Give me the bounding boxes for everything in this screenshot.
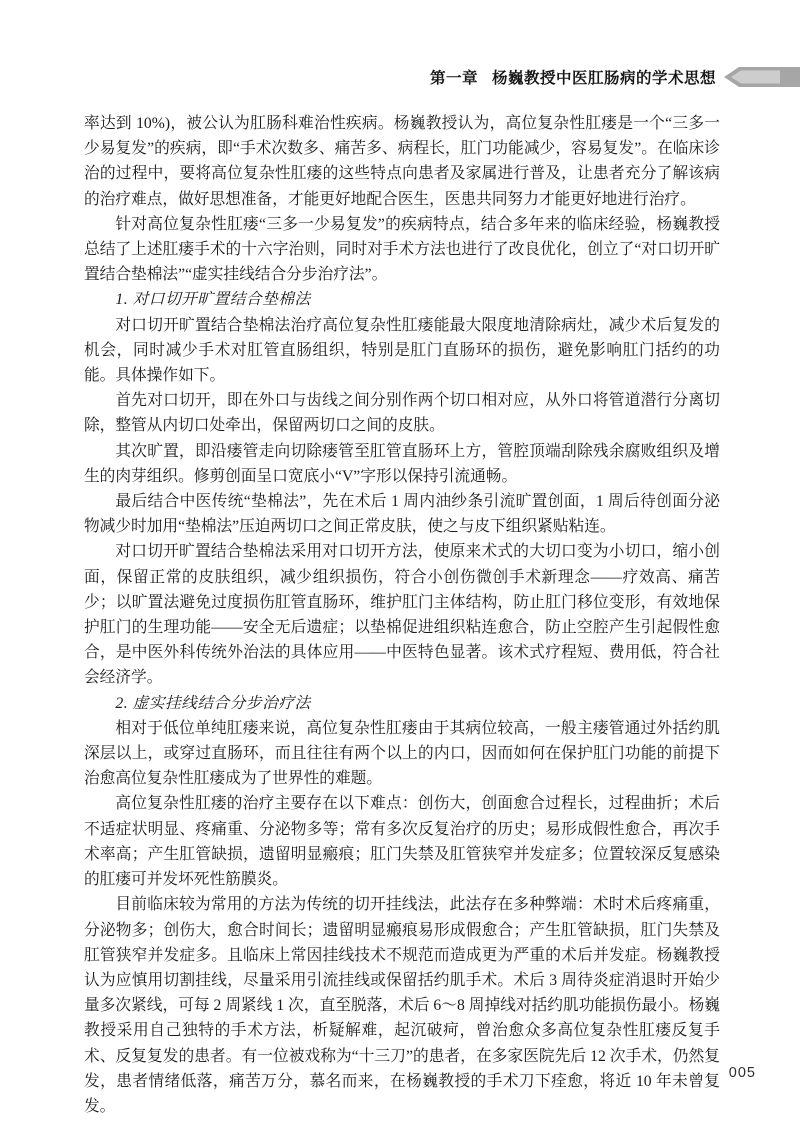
section-heading-1: 1. 对口切开旷置结合垫棉法 — [84, 287, 720, 312]
page-footer: 005 — [729, 1065, 756, 1081]
paragraph: 针对高位复杂性肛瘘“三多一少易复发”的疾病特点，结合多年来的临床经验，杨巍教授总… — [84, 212, 720, 288]
paragraph: 对口切开旷置结合垫棉法治疗高位复杂性肛瘘能最大限度地清除病灶，减少术后复发的机会… — [84, 313, 720, 389]
chapter-label: 第一章 — [430, 70, 478, 87]
chapter-title: 杨巍教授中医肛肠病的学术思想 — [492, 70, 716, 87]
page-number: 005 — [729, 1065, 756, 1081]
page-body: 率达到 10%)，被公认为肛肠科难治性疾病。杨巍教授认为，高位复杂性肛瘘是一个“… — [84, 111, 720, 1119]
book-page: 第一章杨巍教授中医肛肠病的学术思想 率达到 10%)，被公认为肛肠科难治性疾病。… — [0, 0, 800, 1146]
paragraph: 对口切开旷置结合垫棉法采用对口切开方法，使原来术式的大切口变为小切口，缩小创面，… — [84, 539, 720, 690]
paragraph: 其次旷置，即沿瘘管走向切除瘘管至肛管直肠环上方，管腔顶端刮除残余腐败组织及增生的… — [84, 439, 720, 489]
page-header: 第一章杨巍教授中医肛肠病的学术思想 — [0, 64, 800, 90]
chapter-heading: 第一章杨巍教授中医肛肠病的学术思想 — [430, 66, 716, 88]
paragraph: 首先对口切开，即在外口与齿线之间分别作两个切口相对应，从外口将管道潜行分离切除，… — [84, 388, 720, 438]
paragraph: 最后结合中医传统“垫棉法”，先在术后 1 周内油纱条引流旷置创面，1 周后待创面… — [84, 489, 720, 539]
paragraph: 目前临床较为常用的方法为传统的切开挂线法，此法存在多种弊端：术时术后疼痛重，分泌… — [84, 892, 720, 1119]
section-heading-2: 2. 虚实挂线结合分步治疗法 — [84, 691, 720, 716]
paragraph-continuation: 率达到 10%)，被公认为肛肠科难治性疾病。杨巍教授认为，高位复杂性肛瘘是一个“… — [84, 111, 720, 212]
paragraph: 高位复杂性肛瘘的治疗主要存在以下难点：创伤大，创面愈合过程长，过程曲折；术后不适… — [84, 791, 720, 892]
chapter-tab-arrow-icon — [724, 66, 800, 88]
paragraph: 相对于低位单纯肛瘘来说，高位复杂性肛瘘由于其病位较高，一般主瘘管通过外括约肌深层… — [84, 716, 720, 792]
